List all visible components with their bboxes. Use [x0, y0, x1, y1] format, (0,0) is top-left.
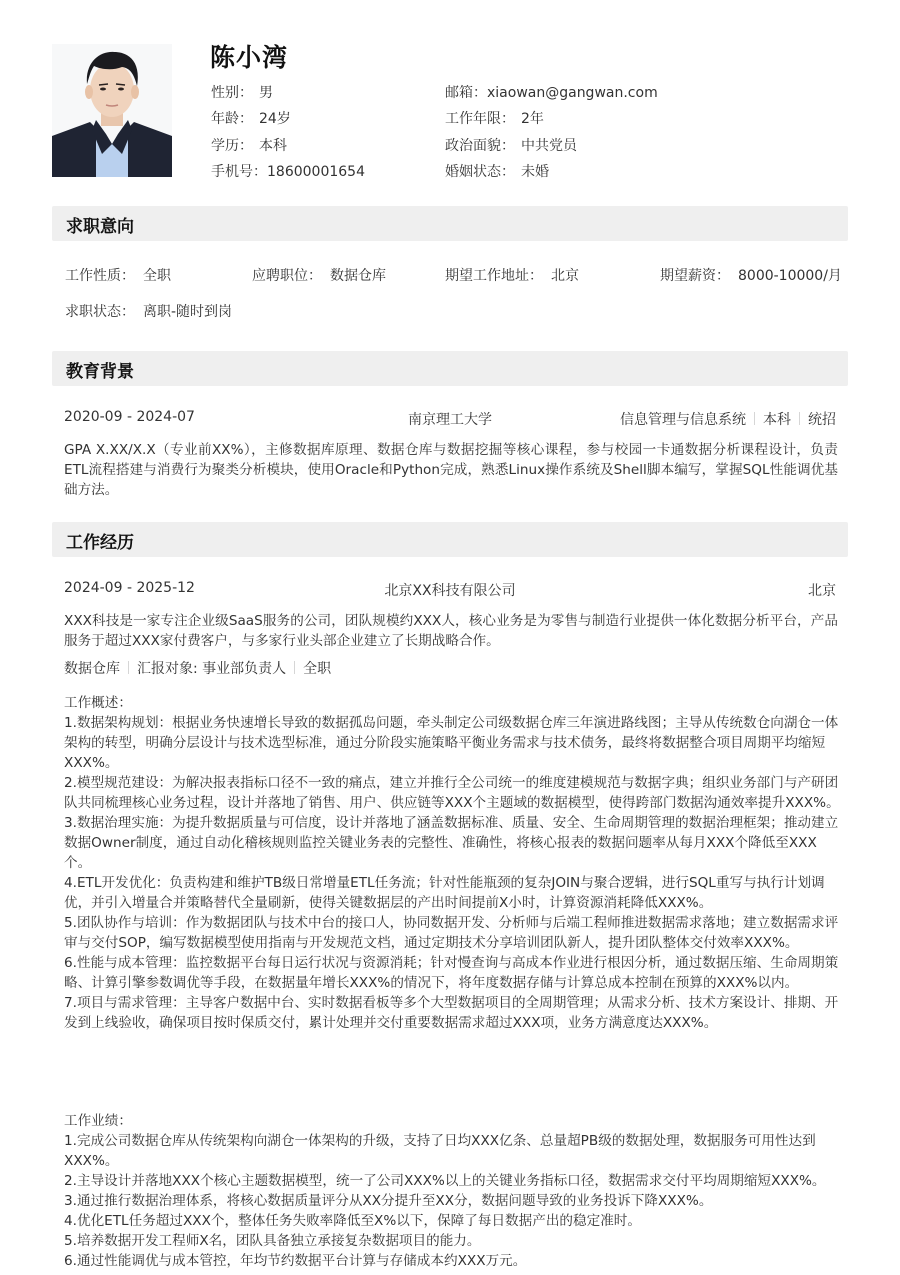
education-degree: 本科	[763, 412, 791, 428]
education-major: 信息管理与信息系统	[620, 412, 746, 428]
intent-value: 全职	[143, 268, 171, 284]
section-title: 教育背景	[66, 357, 134, 382]
intent-value: 北京	[551, 268, 579, 284]
info-label: 学历：	[211, 138, 253, 154]
achievement-item: 4.优化ETL任务超过XXX个，整体任务失败率降低至X%以下，保障了每日数据产出…	[64, 1211, 840, 1231]
info-label: 年龄：	[211, 111, 253, 127]
info-value: 中共党员	[521, 138, 577, 154]
education-entry: 2020-09 - 2024-07 南京理工大学 信息管理与信息系统本科统招	[64, 409, 836, 431]
divider	[754, 412, 755, 425]
basic-info-right: 邮箱：xiaowan@gangwan.com 工作年限：2年 政治面貌：中共党员…	[445, 82, 658, 187]
work-tag: 数据仓库	[64, 661, 120, 677]
company-intro: XXX科技是一家专注企业级SaaS服务的公司，团队规模约XXX人，核心业务是为零…	[64, 611, 838, 651]
education-details: 信息管理与信息系统本科统招	[620, 409, 836, 429]
achievements-title: 工作业绩：	[64, 1111, 840, 1131]
info-label: 邮箱：	[445, 85, 487, 101]
achievement-item: 2.主导设计并落地XXX个核心主题数据模型，统一了公司XXX%以上的关键业务指标…	[64, 1171, 840, 1191]
info-label: 手机号：	[211, 164, 267, 180]
intent-label: 期望工作地址：	[445, 268, 543, 284]
info-email: 邮箱：xiaowan@gangwan.com	[445, 82, 658, 108]
achievement-item: 5.培养数据开发工程师X名，团队具备独立承接复杂数据项目的能力。	[64, 1231, 840, 1251]
work-company: 北京XX科技有限公司	[64, 580, 836, 600]
portrait-image-icon	[52, 44, 172, 177]
resume-page: 陈小湾 性别：男 年龄：24岁 学历：本科 手机号：18600001654 邮箱…	[0, 0, 900, 1275]
divider	[128, 661, 129, 674]
info-label: 性别：	[211, 85, 253, 101]
info-label: 婚姻状态：	[445, 164, 515, 180]
section-title: 求职意向	[66, 212, 134, 237]
work-entry: 2024-09 - 2025-12 北京XX科技有限公司 北京	[64, 580, 836, 602]
info-gender: 性别：男	[211, 82, 365, 108]
info-value: 未婚	[521, 164, 549, 180]
info-education: 学历：本科	[211, 135, 365, 161]
info-value: 2年	[521, 111, 544, 127]
info-value: 男	[259, 85, 273, 101]
intent-job-status: 求职状态：离职-随时到岗	[65, 301, 232, 321]
info-value: 24岁	[259, 111, 291, 127]
intent-label: 求职状态：	[65, 304, 135, 320]
work-tags: 数据仓库汇报对象: 事业部负责人全职	[64, 658, 331, 678]
overview-item: 3.数据治理实施：为提升数据质量与可信度，设计并落地了涵盖数据标准、质量、安全、…	[64, 813, 840, 873]
overview-item: 5.团队协作与培训：作为数据团队与技术中台的接口人，协同数据开发、分析师与后端工…	[64, 913, 840, 953]
intent-location: 期望工作地址：北京	[445, 265, 579, 285]
education-description: GPA X.XX/X.X（专业前XX%），主修数据库原理、数据仓库与数据挖掘等核…	[64, 440, 838, 500]
intent-label: 应聘职位：	[252, 268, 322, 284]
info-value: 18600001654	[267, 164, 365, 180]
work-tag: 全职	[303, 661, 331, 677]
section-title: 工作经历	[66, 528, 134, 553]
overview-item: 7.项目与需求管理：主导客户数据中台、实时数据看板等多个大型数据项目的全周期管理…	[64, 993, 840, 1033]
intent-work-type: 工作性质：全职	[65, 265, 171, 285]
intent-value: 8000-10000/月	[738, 268, 842, 284]
work-achievements: 工作业绩： 1.完成公司数据仓库从传统架构向湖仓一体架构的升级，支持了日均XXX…	[64, 1111, 840, 1271]
basic-info-left: 性别：男 年龄：24岁 学历：本科 手机号：18600001654	[211, 82, 365, 187]
divider	[294, 661, 295, 674]
work-overview: 工作概述： 1.数据架构规划：根据业务快速增长导致的数据孤岛问题，牵头制定公司级…	[64, 693, 840, 1033]
work-tag: 汇报对象: 事业部负责人	[137, 661, 286, 677]
intent-value: 数据仓库	[330, 268, 386, 284]
achievement-item: 1.完成公司数据仓库从传统架构向湖仓一体架构的升级，支持了日均XXX亿条、总量超…	[64, 1131, 840, 1171]
section-header-intent: 求职意向	[52, 206, 848, 241]
overview-item: 2.模型规范建设：为解决报表指标口径不一致的痛点，建立并推行全公司统一的维度建模…	[64, 773, 840, 813]
info-value: 本科	[259, 138, 287, 154]
education-type: 统招	[808, 412, 836, 428]
intent-value: 离职-随时到岗	[143, 304, 232, 320]
info-value: xiaowan@gangwan.com	[487, 85, 658, 101]
info-political-status: 政治面貌：中共党员	[445, 135, 658, 161]
intent-label: 工作性质：	[65, 268, 135, 284]
work-city: 北京	[808, 580, 836, 600]
intent-salary: 期望薪资：8000-10000/月	[660, 265, 842, 285]
candidate-name: 陈小湾	[210, 38, 288, 74]
info-age: 年龄：24岁	[211, 108, 365, 134]
intent-position: 应聘职位：数据仓库	[252, 265, 386, 285]
achievement-item: 6.通过性能调优与成本管控，年均节约数据平台计算与存储成本约XXX万元。	[64, 1251, 840, 1271]
intent-label: 期望薪资：	[660, 268, 730, 284]
overview-item: 6.性能与成本管理：监控数据平台每日运行状况与资源消耗；针对慢查询与高成本作业进…	[64, 953, 840, 993]
profile-photo	[52, 44, 172, 177]
section-header-education: 教育背景	[52, 351, 848, 386]
overview-title: 工作概述：	[64, 693, 840, 713]
divider	[799, 412, 800, 425]
info-marital-status: 婚姻状态：未婚	[445, 161, 658, 187]
info-label: 政治面貌：	[445, 138, 515, 154]
info-phone: 手机号：18600001654	[211, 161, 365, 187]
overview-item: 1.数据架构规划：根据业务快速增长导致的数据孤岛问题，牵头制定公司级数据仓库三年…	[64, 713, 840, 773]
achievement-item: 3.通过推行数据治理体系，将核心数据质量评分从XX分提升至XX分，数据问题导致的…	[64, 1191, 840, 1211]
section-header-work: 工作经历	[52, 522, 848, 557]
info-work-years: 工作年限：2年	[445, 108, 658, 134]
profile-header: 陈小湾 性别：男 年龄：24岁 学历：本科 手机号：18600001654 邮箱…	[0, 0, 900, 190]
overview-item: 4.ETL开发优化：负责构建和维护TB级日常增量ETL任务流；针对性能瓶颈的复杂…	[64, 873, 840, 913]
info-label: 工作年限：	[445, 111, 515, 127]
